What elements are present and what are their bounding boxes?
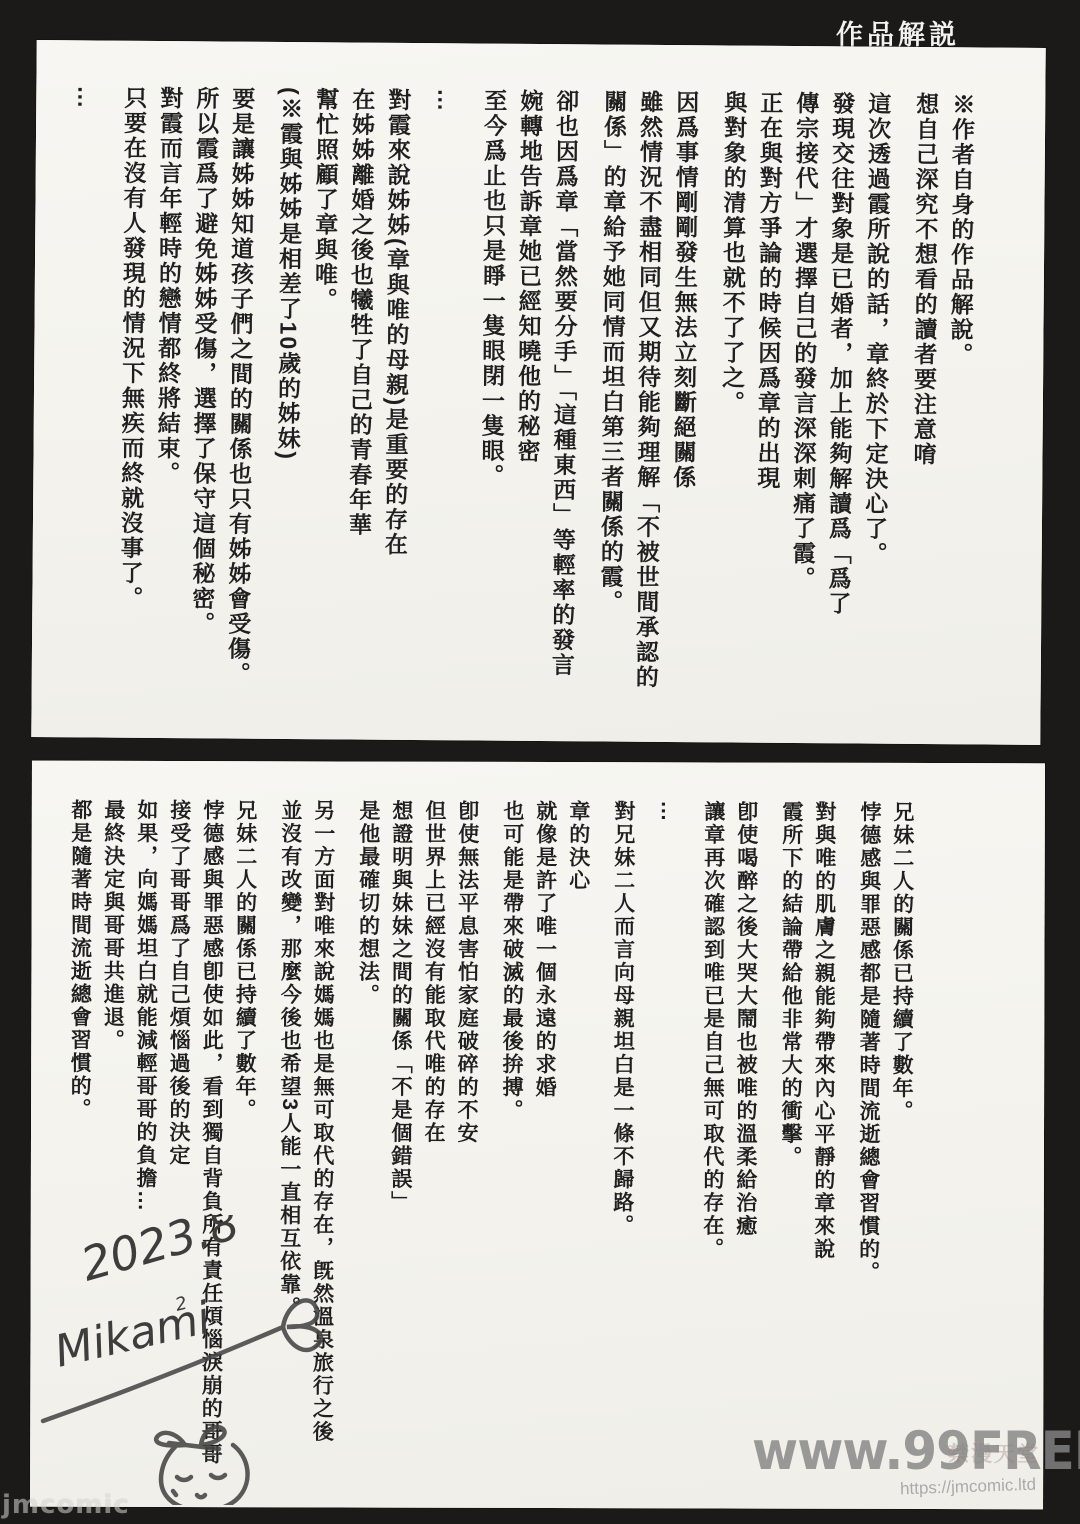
vertical-text-block: ※作者自身的作品解說。想自己深究不想看的讀者要注意唷這次透過霞所說的話，章終於下… bbox=[31, 40, 1035, 723]
text-column: 只要在沒有人發現的情況下無疾而終就沒事了。 bbox=[111, 86, 152, 716]
text-column: 婉轉地告訴章她已經知曉他的秘密 bbox=[507, 89, 548, 719]
paragraph-group: 因爲事情剛剛發生無法立刻斷絕關係雖然情況不盡相同但又期待能夠理解「不被世間承認的… bbox=[591, 89, 704, 720]
text-column: 想自己深究不想看的讀者要注意唷 bbox=[903, 92, 944, 722]
text-column: 對兄妹二人而言向母親坦白是一條不歸路。 bbox=[605, 800, 640, 1490]
paragraph-group: 對霞來說姊姊(章與唯的母親)是重要的存在在姊姊離婚之後也犧牲了自己的青春年華幫忙… bbox=[267, 87, 416, 718]
paragraph-group: 對與唯的肌膚之親能夠帶來內心平靜的章來說霞所下的結論帶給他非常大的衝擊。 bbox=[773, 801, 841, 1491]
text-column: 要是讓姊姊知道孩子們之間的關係也只有姊姊會受傷。 bbox=[219, 87, 260, 717]
paragraph-group: 卽使無法平息害怕家庭破碎的不安但世界上已經沒有能取代唯的存在想證明與妹妹之間的關… bbox=[350, 800, 484, 1490]
doodle-leaf-right bbox=[201, 1427, 225, 1445]
text-column: 在姊姊離婚之後也犧牲了自己的青春年華 bbox=[339, 87, 380, 717]
text-column: 發現交往對象是已婚者，加上能夠解讀爲「爲了 bbox=[819, 91, 860, 721]
paragraph-group: … bbox=[650, 800, 685, 1490]
text-column: 想證明與妹妹之間的關係「不是個錯誤」 bbox=[383, 800, 418, 1490]
paragraph-group: 兄妹二人的關係已持續了數年。悖德感與罪惡感都是隨著時間流逝總會習慣的。 bbox=[851, 801, 919, 1491]
doodle-eye-right bbox=[211, 1475, 225, 1478]
paragraph-group: 要是讓姊姊知道孩子們之間的關係也只有姊姊會受傷。所以霞爲了避免姊姊受傷，選擇了保… bbox=[111, 86, 260, 717]
paragraph-group: 卽使喝醉之後大哭大鬧也被唯的溫柔給治癒讓章再次確認到唯已是自己無可取代的存在。 bbox=[695, 800, 763, 1490]
author-signature-doodle: 2023.8 2 Mikami bbox=[35, 1215, 345, 1505]
text-column: 因爲事情剛剛發生無法立刻斷絕關係 bbox=[663, 90, 704, 720]
text-column: 是他最確切的想法。 bbox=[350, 800, 385, 1490]
doodle-eye-left bbox=[177, 1477, 191, 1480]
text-column: … bbox=[423, 88, 464, 718]
text-column: 卻也因爲章「當然要分手」「這種東西」等輕率的發言 bbox=[543, 89, 584, 719]
text-column: 對霞而言年輕時的戀情都終將結束。 bbox=[147, 86, 188, 716]
text-column: 所以霞爲了避免姊姊受傷，選擇了保守這個秘密。 bbox=[183, 86, 224, 716]
text-column: 也可能是帶來破滅的最後拚搏。 bbox=[494, 800, 529, 1490]
text-column: 卽使無法平息害怕家庭破碎的不安 bbox=[449, 800, 484, 1490]
paragraph-group: 章的決心就像是許了唯一個永遠的求婚也可能是帶來破滅的最後拚搏。 bbox=[494, 800, 595, 1490]
paragraph-group: 卻也因爲章「當然要分手」「這種東西」等輕率的發言婉轉地告訴章她已經知曉他的秘密至… bbox=[471, 89, 584, 720]
text-column: 幫忙照顧了章與唯。 bbox=[303, 87, 344, 717]
text-column: 章的決心 bbox=[560, 800, 595, 1490]
text-column: … bbox=[63, 85, 104, 715]
text-column: 傳宗接代」才選擇自己的發言深深刺痛了霞。 bbox=[783, 91, 824, 721]
text-column: 就像是許了唯一個永遠的求婚 bbox=[527, 800, 562, 1490]
text-column: 兄妹二人的關係已持續了數年。 bbox=[884, 801, 919, 1491]
doodle-mouth bbox=[197, 1495, 205, 1497]
doodle-cheek-mark bbox=[173, 1491, 176, 1495]
text-column: ※作者自身的作品解說。 bbox=[939, 92, 980, 722]
paragraph-group: … bbox=[63, 85, 104, 715]
bow-doodle bbox=[283, 1300, 321, 1350]
commentary-panel-top: ※作者自身的作品解說。想自己深究不想看的讀者要注意唷這次透過霞所說的話，章終於下… bbox=[31, 40, 1045, 745]
watermark-jmcomic-corner: jmcomic bbox=[2, 1490, 130, 1520]
text-column: 這次透過霞所說的話，章終於下定決心了。 bbox=[855, 92, 896, 722]
signature-date: 2023.8 bbox=[75, 1215, 245, 1292]
paragraph-group: ※作者自身的作品解說。想自己深究不想看的讀者要注意唷 bbox=[903, 92, 980, 723]
scanned-afterword-page: { "header": { "title": "作品解説" }, "panels… bbox=[0, 0, 1080, 1524]
text-column: 雖然情況不盡相同但又期待能夠理解「不被世間承認的 bbox=[627, 90, 668, 720]
text-column: 但世界上已經沒有能取代唯的存在 bbox=[416, 800, 451, 1490]
text-column: 悖德感與罪惡感都是隨著時間流逝總會習慣的。 bbox=[851, 801, 886, 1491]
text-column: 對與唯的肌膚之親能夠帶來內心平靜的章來說 bbox=[806, 801, 841, 1491]
paragraph-group: … bbox=[423, 88, 464, 718]
text-column: 至今爲止也只是睜一隻眼閉一隻眼。 bbox=[471, 89, 512, 719]
watermark-site-large: www.99FREE.cc bbox=[752, 1420, 1080, 1481]
paragraph-group: 這次透過霞所說的話，章終於下定決心了。發現交往對象是已婚者，加上能夠解讀爲「爲了… bbox=[711, 90, 896, 721]
text-column: 對霞來說姊姊(章與唯的母親)是重要的存在 bbox=[375, 88, 416, 718]
text-column: (※霞與姊姊是相差了10歲的姊妹) bbox=[267, 87, 308, 717]
text-column: 關係」的章給予她同情而坦白第三者關係的霞。 bbox=[591, 89, 632, 719]
text-column: 讓章再次確認到唯已是自己無可取代的存在。 bbox=[695, 800, 730, 1490]
text-column: 卽使喝醉之後大哭大鬧也被唯的溫柔給治癒 bbox=[728, 801, 763, 1491]
text-column: 正在與對方爭論的時候因爲章的出現 bbox=[747, 91, 788, 721]
text-column: … bbox=[650, 800, 685, 1490]
paragraph-group: 對兄妹二人而言向母親坦白是一條不歸路。 bbox=[605, 800, 640, 1490]
text-column: 霞所下的結論帶給他非常大的衝擊。 bbox=[773, 801, 808, 1491]
text-column: 與對象的清算也就不了了之。 bbox=[711, 90, 752, 720]
